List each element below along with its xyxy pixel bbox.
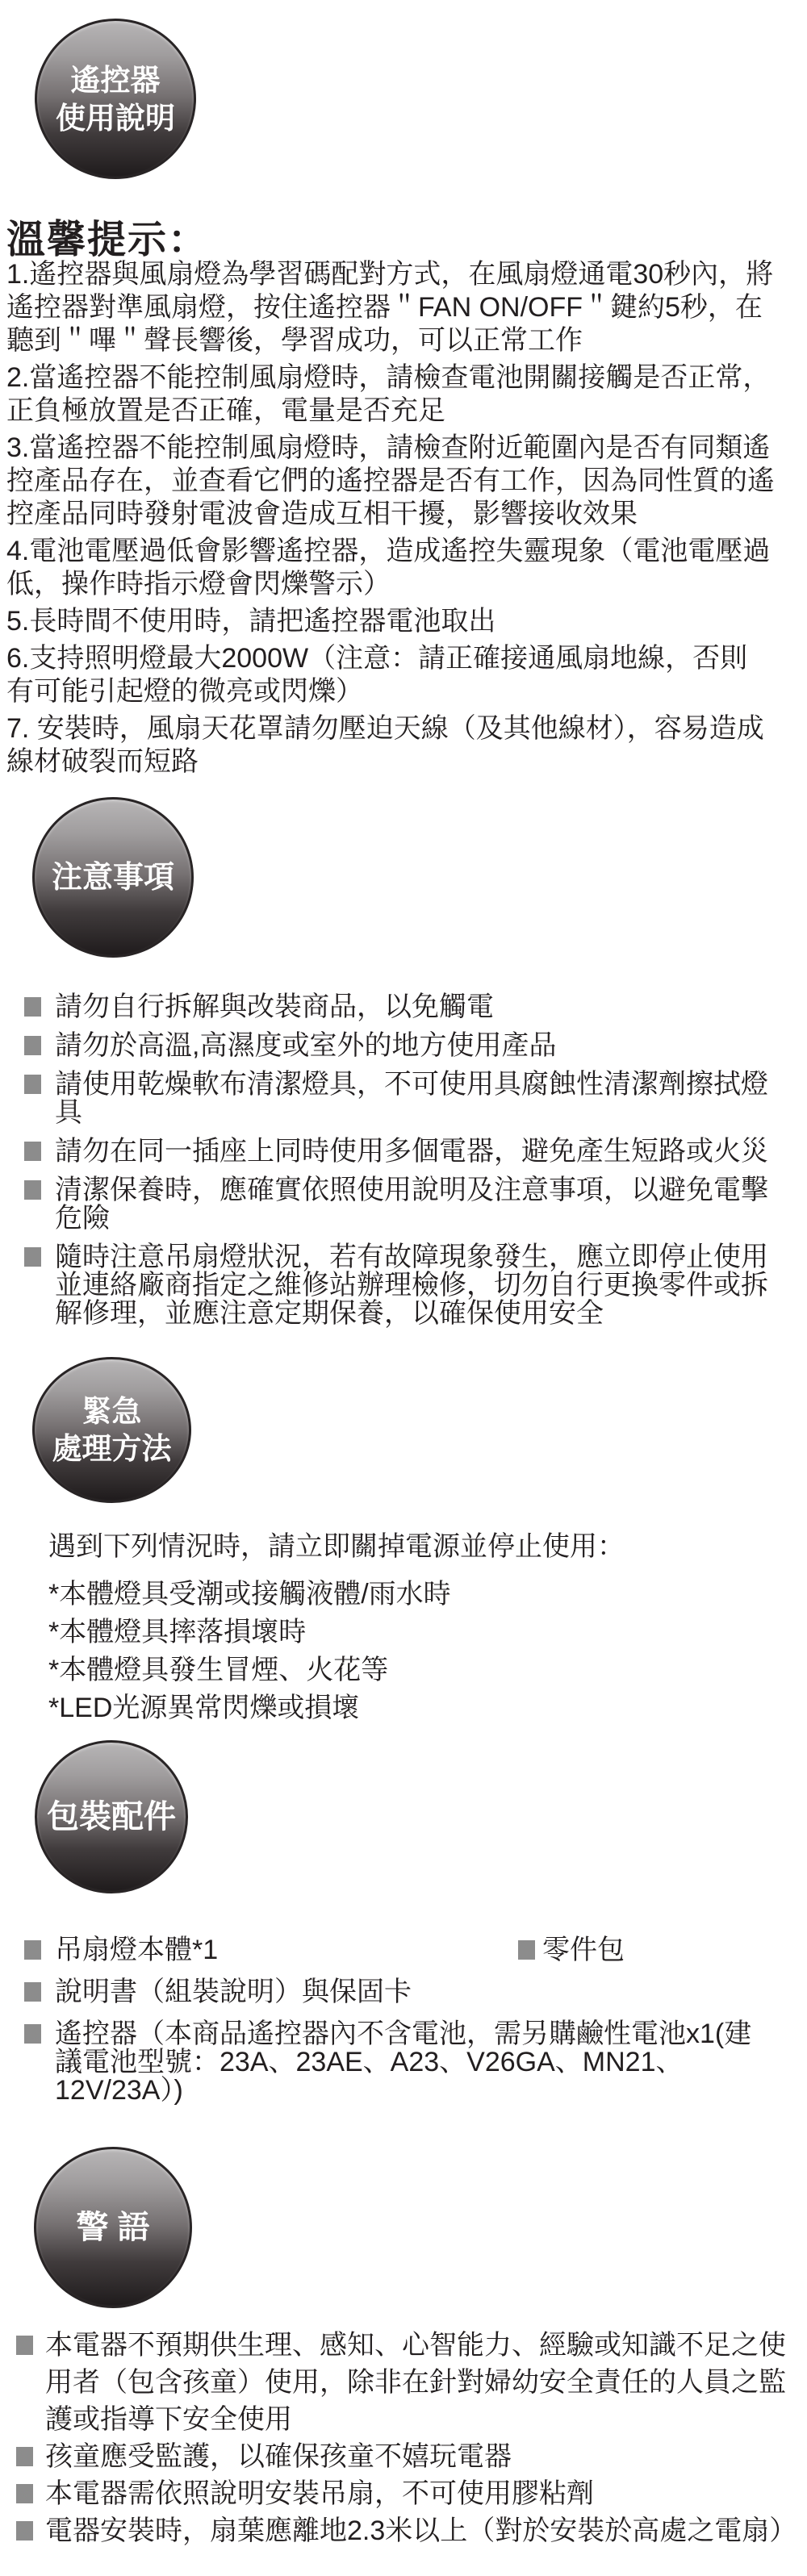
square-bullet-icon	[24, 997, 41, 1017]
emergency-item: *本體燈具發生冒煙、火花等	[48, 1651, 775, 1689]
cautions-list: 請勿自行拆解與改裝商品，以免觸電 請勿於高溫,高濕度或室外的地方使用產品 請使用…	[24, 993, 776, 1338]
list-item: 清潔保養時，應確實依照使用說明及注意事項，以避免電擊危險	[24, 1176, 776, 1233]
list-item: 請使用乾燥軟布清潔燈具，不可使用具腐蝕性清潔劑擦拭燈具	[24, 1071, 776, 1127]
square-bullet-icon	[24, 1982, 41, 2002]
list-item-text: 電器安裝時，扇葉應離地2.3米以上（對於安裝於高處之電扇）	[45, 2515, 797, 2546]
badge-line: 使用說明	[56, 99, 175, 137]
list-item: 孩童應受監護，以確保孩童不嬉玩電器	[16, 2438, 792, 2475]
packing-item-manual: 說明書（組裝說明）與保固卡	[55, 1977, 412, 2007]
emergency-item: *本體燈具受潮或接觸液體/雨水時	[48, 1576, 775, 1614]
packing-list: 吊扇燈本體*1 零件包 說明書（組裝說明）與保固卡 遙控器（本商品遙控器內不含電…	[24, 1936, 776, 2119]
list-item: 本電器需依照說明安裝吊扇，不可使用膠粘劑	[16, 2475, 792, 2512]
badge-line: 緊急	[82, 1393, 142, 1430]
tip-item: 2.當遙控器不能控制風扇燈時，請檢查電池開關接觸是否正常，正負極放置是否正確，電…	[6, 361, 775, 428]
list-item-text: 請使用乾燥軟布清潔燈具，不可使用具腐蝕性清潔劑擦拭燈具	[55, 1069, 768, 1128]
tip-item: 7. 安裝時，風扇天花罩請勿壓迫天線（及其他線材），容易造成線材破裂而短路	[6, 712, 775, 779]
packing-item-remote: 遙控器（本商品遙控器內不含電池，需另購鹼性電池x1(建議電池型號：23A、23A…	[55, 2019, 751, 2106]
list-item-text: 請勿在同一插座上同時使用多個電器，避免產生短路或火災	[55, 1136, 768, 1167]
packing-item-parts-bag-cell: 零件包	[518, 1936, 625, 1964]
square-bullet-icon	[16, 2447, 33, 2466]
section-badge-remote-usage: 遙控器 使用說明	[35, 19, 196, 179]
list-item: 隨時注意吊扇燈狀況，若有故障現象發生，應立即停止使用並連絡廠商指定之維修站辦理檢…	[24, 1243, 776, 1328]
list-item-text: 隨時注意吊扇燈狀況，若有故障現象發生，應立即停止使用並連絡廠商指定之維修站辦理檢…	[55, 1242, 768, 1329]
list-item: 遙控器（本商品遙控器內不含電池，需另購鹼性電池x1(建議電池型號：23A、23A…	[24, 2020, 776, 2105]
tip-item: 4.電池電壓過低會影響遙控器，造成遙控失靈現象（電池電壓過低，操作時指示燈會閃爍…	[6, 535, 775, 601]
list-item-text: 請勿於高溫,高濕度或室外的地方使用產品	[55, 1030, 556, 1061]
list-item-text: 清潔保養時，應確實依照使用說明及注意事項，以避免電擊危險	[55, 1175, 768, 1234]
square-bullet-icon	[24, 1940, 41, 1960]
emergency-item: *本體燈具摔落損壞時	[48, 1614, 775, 1651]
tips-list: 1.遙控器與風扇燈為學習碼配對方式，在風扇燈通電30秒內，將遙控器對準風扇燈，按…	[6, 258, 775, 783]
tip-item: 3.當遙控器不能控制風扇燈時，請檢查附近範圍內是否有同類遙控產品存在，並查看它們…	[6, 432, 775, 531]
section-badge-cautions: 注意事項	[32, 797, 194, 958]
square-bullet-icon	[16, 2336, 33, 2355]
square-bullet-icon	[24, 1180, 41, 1200]
square-bullet-icon	[24, 1247, 41, 1267]
badge-line: 包裝配件	[47, 1798, 176, 1835]
section-badge-emergency: 緊急 處理方法	[32, 1357, 191, 1503]
list-item: 請勿在同一插座上同時使用多個電器，避免產生短路或火災	[24, 1138, 776, 1166]
warnings-list: 本電器不預期供生理、感知、心智能力、經驗或知識不足之使用者（包含孩童）使用，除非…	[16, 2327, 792, 2549]
list-item: 請勿自行拆解與改裝商品，以免觸電	[24, 993, 776, 1021]
list-item: 電器安裝時，扇葉應離地2.3米以上（對於安裝於高處之電扇）	[16, 2512, 792, 2549]
emergency-block: 遇到下列情況時，請立即關掉電源並停止使用： *本體燈具受潮或接觸液體/雨水時 *…	[48, 1530, 775, 1727]
badge-line: 遙控器	[71, 61, 161, 99]
emergency-heading: 遇到下列情況時，請立即關掉電源並停止使用：	[48, 1530, 775, 1563]
square-bullet-icon	[24, 1075, 41, 1094]
square-bullet-icon	[24, 1036, 41, 1055]
tip-item: 5.長時間不使用時，請把遙控器電池取出	[6, 605, 775, 638]
list-item-text: 孩童應受監護，以確保孩童不嬉玩電器	[45, 2441, 512, 2472]
section-badge-packing: 包裝配件	[35, 1740, 188, 1893]
square-bullet-icon	[24, 1142, 41, 1161]
tip-item: 6.支持照明燈最大2000W（注意：請正確接通風扇地線，否則有可能引起燈的微亮或…	[6, 642, 775, 708]
tip-item: 1.遙控器與風扇燈為學習碼配對方式，在風扇燈通電30秒內，將遙控器對準風扇燈，按…	[6, 258, 775, 357]
list-item-text: 本電器不預期供生理、感知、心智能力、經驗或知識不足之使用者（包含孩童）使用，除非…	[45, 2330, 786, 2435]
square-bullet-icon	[518, 1940, 535, 1960]
list-item: 本電器不預期供生理、感知、心智能力、經驗或知識不足之使用者（包含孩童）使用，除非…	[16, 2327, 792, 2438]
badge-line: 警 語	[76, 2209, 149, 2246]
list-item: 說明書（組裝說明）與保固卡	[24, 1978, 776, 2006]
packing-item-body: 吊扇燈本體*1	[55, 1935, 218, 1965]
square-bullet-icon	[24, 2024, 41, 2044]
list-item: 請勿於高溫,高濕度或室外的地方使用產品	[24, 1032, 776, 1060]
list-item-text: 本電器需依照說明安裝吊扇，不可使用膠粘劑	[45, 2478, 594, 2509]
packing-item-parts-bag: 零件包	[542, 1935, 625, 1965]
badge-line: 處理方法	[52, 1430, 172, 1468]
badge-line: 注意事項	[52, 860, 174, 896]
list-item: 吊扇燈本體*1 零件包	[24, 1936, 776, 1964]
section-badge-warnings: 警 語	[34, 2147, 192, 2308]
list-item-text: 請勿自行拆解與改裝商品，以免觸電	[55, 992, 494, 1022]
emergency-item: *LED光源異常閃爍或損壞	[48, 1689, 775, 1727]
square-bullet-icon	[16, 2484, 33, 2503]
square-bullet-icon	[16, 2521, 33, 2541]
tips-heading: 溫馨提示：	[6, 208, 208, 264]
